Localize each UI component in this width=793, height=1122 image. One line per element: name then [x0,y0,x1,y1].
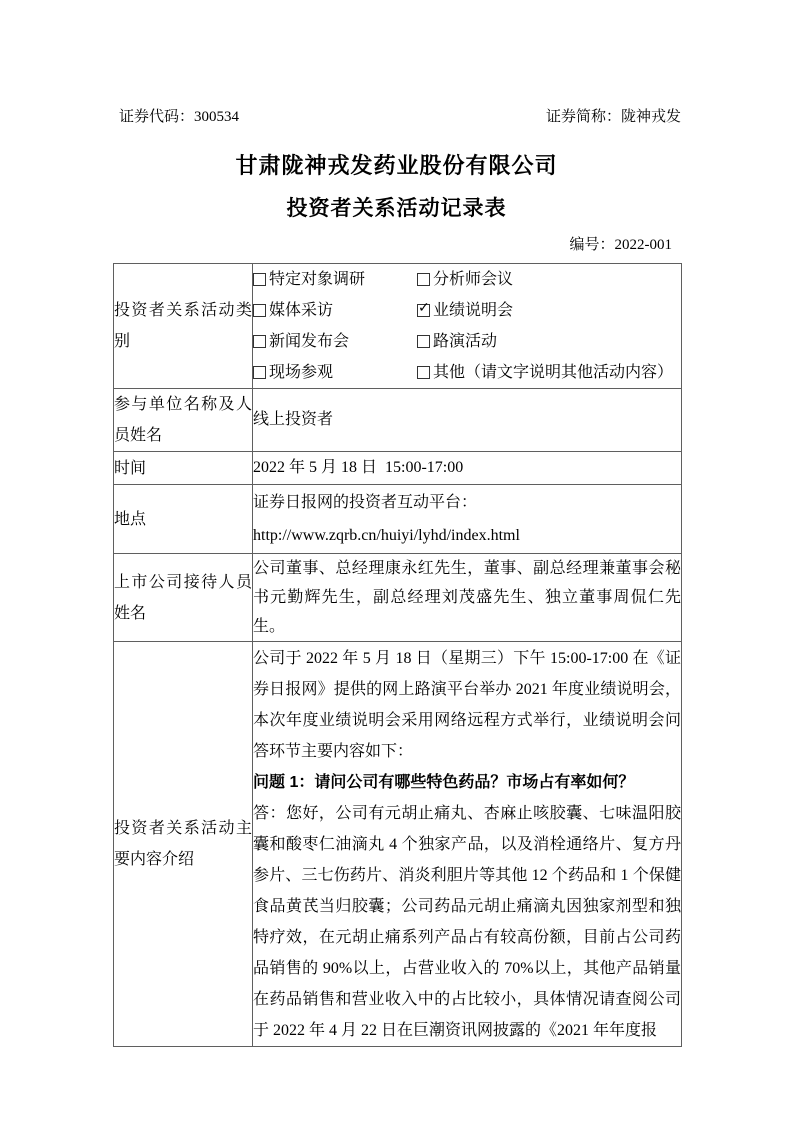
option-analyst-meeting: ✓ 分析师会议 [417,264,681,295]
option-label: 业绩说明会 [433,295,513,326]
option-label: 分析师会议 [433,264,513,295]
option-label: 其他（请文字说明其他活动内容） [433,357,673,388]
option-media-interview: ✓ 媒体采访 [253,295,417,326]
stock-code-value: 300534 [194,109,239,125]
checkbox-icon: ✓ [417,273,430,286]
stock-code: 证券代码：300534 [119,106,239,128]
main-content-label: 投资者关系活动主要内容介绍 [114,642,253,1047]
checkbox-icon: ✓ [253,304,266,317]
row-location: 地点 证券日报网的投资者互动平台： http://www.zqrb.cn/hui… [114,485,682,554]
stock-abbr: 证券简称：陇神戎发 [546,106,681,128]
question-1: 问题 1：请问公司有哪些特色药品？市场占有率如何？ [253,767,681,798]
activity-type-options: ✓ 特定对象调研 ✓ 分析师会议 ✓ 媒体采访 ✓ [253,264,682,389]
main-intro-paragraph: 公司于 2022 年 5 月 18 日（星期三）下午 15:00-17:00 在… [253,643,681,767]
record-table: 投资者关系活动类别 ✓ 特定对象调研 ✓ 分析师会议 ✓ 媒体 [113,263,682,1047]
option-label: 特定对象调研 [269,264,365,295]
location-value: 证券日报网的投资者互动平台： http://www.zqrb.cn/huiyi/… [253,485,682,554]
serial-value: 2022-001 [615,237,673,253]
row-activity-type: 投资者关系活动类别 ✓ 特定对象调研 ✓ 分析师会议 ✓ 媒体 [114,264,682,389]
checkbox-icon: ✓ [417,366,430,379]
serial-number: 编号：2022-001 [113,234,681,256]
row-main-content: 投资者关系活动主要内容介绍 公司于 2022 年 5 月 18 日（星期三）下午… [114,642,682,1047]
checkbox-icon: ✓ [417,335,430,348]
document-title: 投资者关系活动记录表 [0,194,793,224]
stock-abbr-label: 证券简称： [546,109,621,125]
receptionists-value: 公司董事、总经理康永红先生，董事、副总经理兼董事会秘书元勤辉先生，副总经理刘茂盛… [253,554,682,642]
checkbox-checked-icon: ✓ [417,304,430,317]
document-page: 证券代码：300534 证券简称：陇神戎发 甘肃陇神戎发药业股份有限公司 投资者… [0,0,793,1122]
doc-header: 证券代码：300534 证券简称：陇神戎发 [113,106,681,128]
receptionists-text: 公司董事、总经理康永红先生，董事、副总经理兼董事会秘书元勤辉先生，副总经理刘茂盛… [253,554,681,641]
activity-type-label: 投资者关系活动类别 [114,264,253,389]
option-label: 新闻发布会 [269,326,349,357]
option-label: 现场参观 [269,357,333,388]
option-roadshow: ✓ 路演活动 [417,326,681,357]
row-receptionists: 上市公司接待人员姓名 公司董事、总经理康永红先生，董事、副总经理兼董事会秘书元勤… [114,554,682,642]
location-platform-text: 证券日报网的投资者互动平台： [253,486,681,519]
option-press-conference: ✓ 新闻发布会 [253,326,417,357]
checkbox-icon: ✓ [253,273,266,286]
row-participants: 参与单位名称及人员姓名 线上投资者 [114,389,682,452]
participants-label: 参与单位名称及人员姓名 [114,389,253,452]
stock-abbr-value: 陇神戎发 [621,109,681,125]
company-title: 甘肃陇神戎发药业股份有限公司 [0,150,793,182]
time-value: 2022 年 5 月 18 日 15:00-17:00 [253,452,682,485]
checkbox-icon: ✓ [253,366,266,379]
option-label: 路演活动 [433,326,497,357]
row-time: 时间 2022 年 5 月 18 日 15:00-17:00 [114,452,682,485]
option-earnings-briefing: ✓ 业绩说明会 [417,295,681,326]
receptionists-label: 上市公司接待人员姓名 [114,554,253,642]
option-specific-survey: ✓ 特定对象调研 [253,264,417,295]
check-mark-icon: ✓ [418,301,430,315]
serial-label: 编号： [569,237,614,253]
participants-value: 线上投资者 [253,389,682,452]
option-label: 媒体采访 [269,295,333,326]
checkbox-icon: ✓ [253,335,266,348]
time-label: 时间 [114,452,253,485]
stock-code-label: 证券代码： [119,109,194,125]
option-site-visit: ✓ 现场参观 [253,357,417,388]
main-content-value: 公司于 2022 年 5 月 18 日（星期三）下午 15:00-17:00 在… [253,642,682,1047]
location-url: http://www.zqrb.cn/huiyi/lyhd/index.html [253,519,681,552]
answer-1: 答：您好，公司有元胡止痛丸、杏麻止咳胶囊、七味温阳胶囊和酸枣仁油滴丸 4 个独家… [253,798,681,1046]
option-other: ✓ 其他（请文字说明其他活动内容） [417,357,681,388]
location-label: 地点 [114,485,253,554]
